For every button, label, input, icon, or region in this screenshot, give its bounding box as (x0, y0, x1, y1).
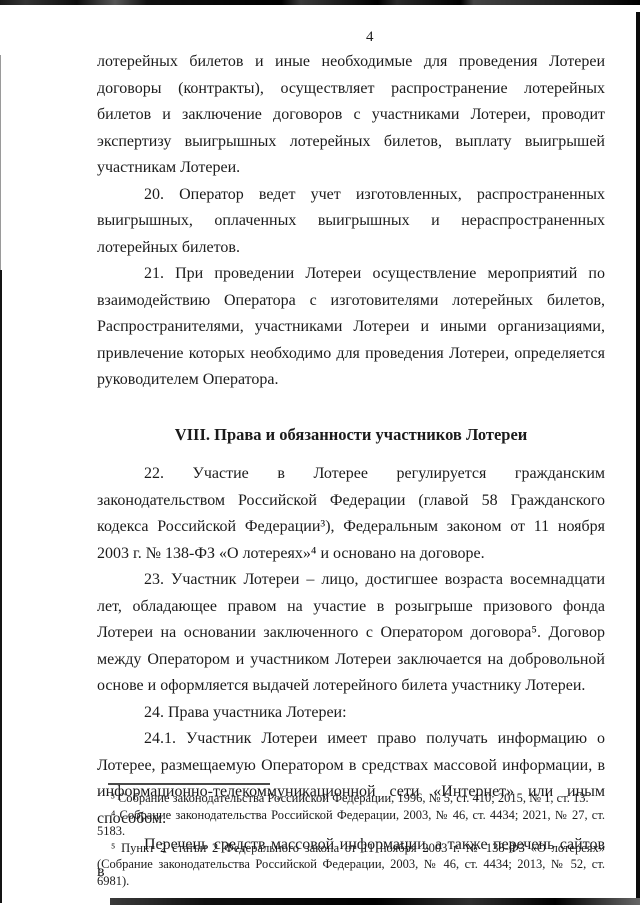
document-body: лотерейных билетов и иные необходимые дл… (97, 49, 605, 885)
footnote-5: ⁵ Пункт 2 статьи 2 Федерального закона о… (97, 840, 605, 890)
scan-artifact-left-line-light (0, 55, 1, 270)
scan-artifact-bottom-edge (110, 898, 640, 905)
footnote-4: ⁴ Собрание законодательства Российской Ф… (97, 807, 605, 840)
body-paragraph-item-23: 23. Участник Лотереи – лицо, достигшее в… (97, 567, 605, 700)
body-paragraph-item-24: 24. Права участника Лотереи: (97, 700, 605, 727)
page-number: 4 (366, 29, 374, 46)
body-paragraph-item-21: 21. При проведении Лотереи осуществление… (97, 261, 605, 394)
footnote-3: ³ Собрание законодательства Российской Ф… (97, 790, 605, 807)
footnotes-block: ³ Собрание законодательства Российской Ф… (97, 790, 605, 889)
footnote-separator (108, 783, 270, 785)
section-heading: VIII. Права и обязанности участников Лот… (97, 422, 605, 449)
body-paragraph-continuation: лотерейных билетов и иные необходимые дл… (97, 49, 605, 182)
body-paragraph-item-20: 20. Оператор ведет учет изготовленных, р… (97, 182, 605, 262)
document-page: 4 лотерейных билетов и иные необходимые … (0, 0, 640, 905)
body-paragraph-item-22: 22. Участие в Лотерее регулируется гражд… (97, 461, 605, 567)
scan-artifact-right-edge (636, 12, 640, 905)
scan-artifact-left-line-dark (0, 270, 2, 903)
scan-artifact-top-edge (0, 0, 640, 5)
